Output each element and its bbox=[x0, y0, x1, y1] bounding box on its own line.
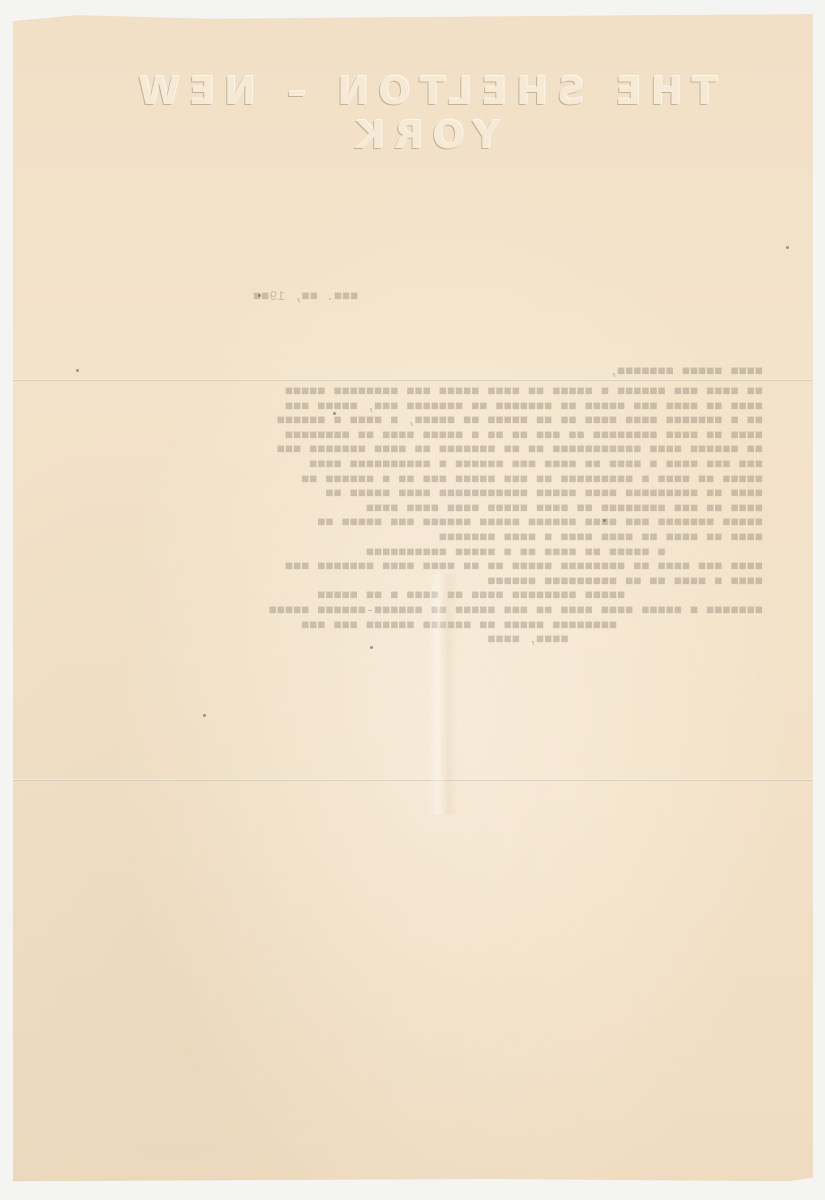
show-through-line: ■■■■, ■■■■ bbox=[63, 634, 763, 649]
ink-speck bbox=[203, 714, 206, 717]
show-through-line: ■ ■■■■■ ■■ ■■■■ ■■ ■ ■■■■■ ■■■■■■■■■■ bbox=[63, 547, 763, 562]
embossed-letterhead: THE SHELTON – NEW YORK bbox=[83, 69, 763, 157]
ink-speck bbox=[333, 412, 336, 415]
show-through-line: ■■■■■ ■■ ■■■■ ■ ■■■■■■■■■ ■■ ■■■ ■■■■■ ■… bbox=[63, 474, 763, 489]
ink-speck bbox=[76, 369, 79, 372]
show-through-date: ■■■. ■■, 19■■ bbox=[253, 290, 358, 305]
show-through-line: ■■■■ ■■ ■■■■ ■■■■■■■■ ■■ ■■■ ■■ ■■ ■ ■■■… bbox=[63, 430, 763, 445]
ink-speck bbox=[603, 519, 606, 522]
show-through-line: ■■ ■■■■■■ ■■■■ ■■■■■■■■■■■ ■■ ■■ ■■■■■■■… bbox=[63, 444, 763, 459]
ink-speck bbox=[786, 246, 789, 249]
show-through-line: ■■■ ■■■ ■■■■ ■ ■■■■ ■■ ■■■■ ■■■ ■■■■■■ ■… bbox=[63, 459, 763, 474]
show-through-line: ■■ ■■■■ ■■■ ■■■■■■ ■ ■■■■■ ■■ ■■■■ ■■■■■… bbox=[63, 386, 763, 401]
ink-speck bbox=[258, 294, 261, 297]
crease-mark bbox=[428, 574, 458, 814]
show-through-line: ■■■■■■■ ■ ■■■■■ ■■■■ ■■■■ ■■ ■■■ ■■■■■ ■… bbox=[63, 605, 763, 620]
show-through-line: ■■ ■ ■■■■■■■ ■■■■ ■■■■ ■■ ■■ ■■■■■ ■■ ■■… bbox=[63, 415, 763, 430]
letter-sheet: THE SHELTON – NEW YORK ■■■. ■■, 19■■ ■■■… bbox=[13, 14, 813, 1186]
show-through-body: ■■ ■■■■ ■■■ ■■■■■■ ■ ■■■■■ ■■ ■■■■ ■■■■■… bbox=[63, 386, 763, 649]
fold-line-upper bbox=[13, 379, 813, 381]
show-through-line: ■■■■■ ■■■■■■■ ■■■ ■■■■ ■■■■■■ ■■■■■ ■■■■… bbox=[63, 517, 763, 532]
show-through-line: ■■■■ ■ ■■■■ ■■ ■■ ■■■■■■■■■ ■■■■■■ bbox=[63, 576, 763, 591]
show-through-line: ■■■■ ■■ ■■■ ■■■■■■■■ ■■ ■■■■ ■■■■■ ■■■■ … bbox=[63, 503, 763, 518]
show-through-line: ■■■■■■■■ ■■■■■ ■■ ■■■■■■ ■■■■■■ ■■■ ■■■ bbox=[63, 620, 763, 635]
show-through-line: ■■■■ ■■ ■■■■ ■■■ ■■■■■ ■■ ■■■■■■■ ■■ ■■■… bbox=[63, 401, 763, 416]
show-through-line: ■■■■ ■■■ ■■■■ ■■ ■■■■■■■■ ■■■■■ ■■ ■■ ■■… bbox=[63, 561, 763, 576]
show-through-line: ■■■■ ■■ ■■■■ ■■ ■■■■ ■■■■ ■ ■■■■ ■■■■■■■ bbox=[63, 532, 763, 547]
fold-line-lower bbox=[13, 779, 813, 781]
show-through-line: ■■■■■ ■■■■■■■■ ■■■■ ■■ ■■■■ ■ ■■ ■■■■■ bbox=[63, 590, 763, 605]
show-through-line: ■■■■ ■■ ■■■■■■■■■ ■■■■ ■■■■■ ■■■■■■■■■■■… bbox=[63, 488, 763, 503]
ink-speck bbox=[370, 646, 373, 649]
